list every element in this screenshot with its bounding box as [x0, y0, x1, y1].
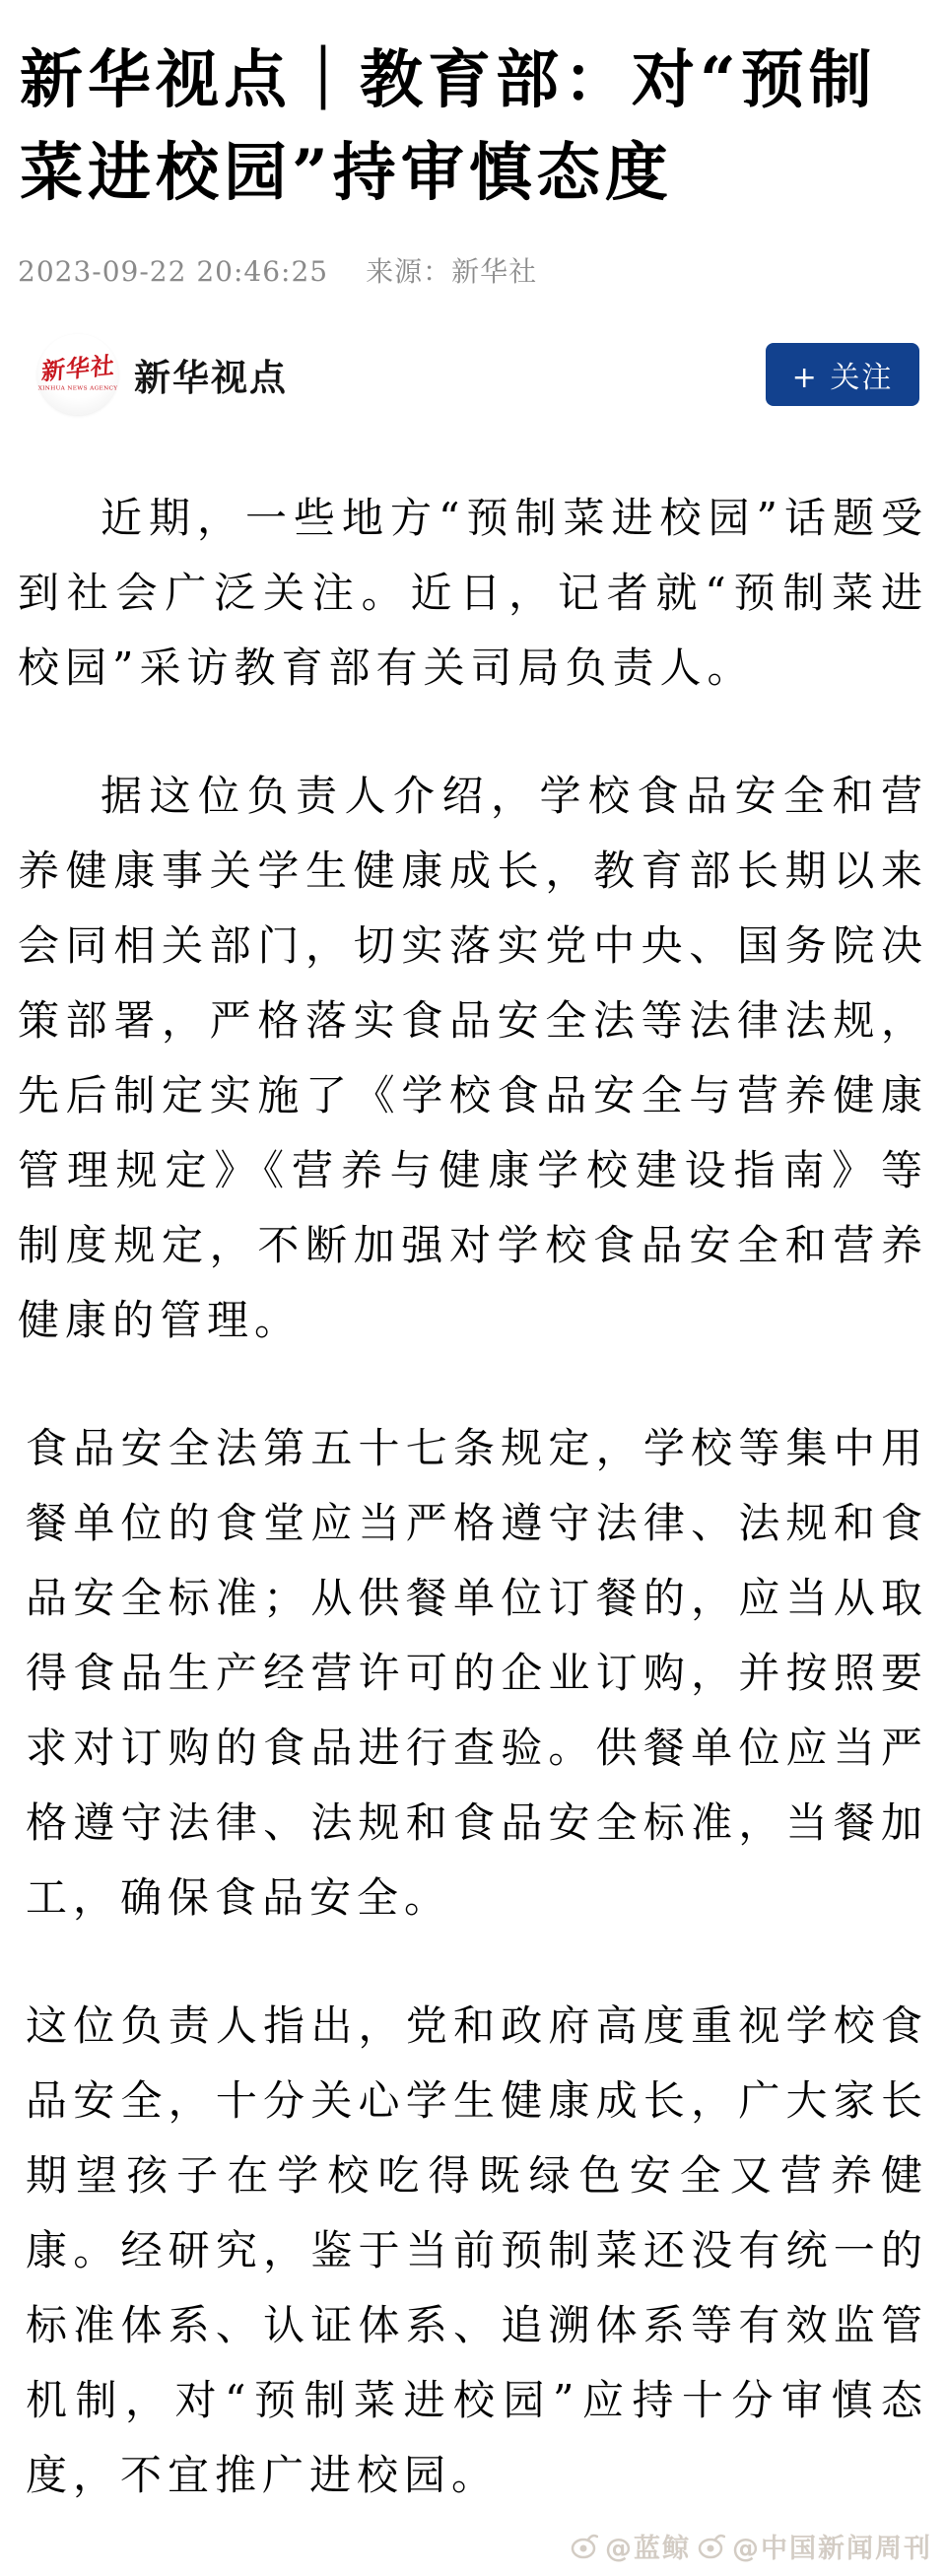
xinhua-logo-text: 新华社: [40, 354, 115, 384]
weibo-icon: [571, 2532, 598, 2559]
watermark: @蓝鲸 @中国新闻周刊: [571, 2523, 932, 2568]
article-body: 近期，一些地方“预制菜进校园”话题受到社会广泛关注。近日，记者就“预制菜进校园”…: [18, 481, 928, 2513]
paragraph: 近期，一些地方“预制菜进校园”话题受到社会广泛关注。近日，记者就“预制菜进校园”…: [18, 481, 928, 706]
paragraph: 据这位负责人介绍，学校食品安全和营养健康事关学生健康成长，教育部长期以来会同相关…: [18, 759, 928, 1358]
author-avatar[interactable]: 新华社 XINHUA NEWS AGENCY: [37, 334, 118, 415]
author-name[interactable]: 新华视点: [134, 348, 288, 401]
xinhua-logo-subtext: XINHUA NEWS AGENCY: [38, 384, 118, 390]
paragraph: 食品安全法第五十七条规定，学校等集中用餐单位的食堂应当严格遵守法律、法规和食品安…: [26, 1411, 928, 1935]
author-profile-row: 新华社 XINHUA NEWS AGENCY 新华视点 + 关注: [18, 334, 928, 415]
source-label: 来源：新华社: [366, 255, 537, 289]
follow-button[interactable]: + 关注: [766, 343, 919, 406]
watermark-account: @蓝鲸: [605, 2527, 691, 2565]
paragraph: 这位负责人指出，党和政府高度重视学校食品安全，十分关心学生健康成长，广大家长期望…: [26, 1989, 928, 2513]
publish-time: 2023-09-22 20:46:25: [18, 255, 328, 289]
weibo-icon: [698, 2532, 725, 2559]
article-meta: 2023-09-22 20:46:25 来源：新华社: [18, 255, 928, 289]
page-title: 新华视点｜教育部：对“预制菜进校园”持审慎态度: [20, 34, 926, 220]
article-page: 新华视点｜教育部：对“预制菜进校园”持审慎态度 2023-09-22 20:46…: [0, 34, 946, 2513]
watermark-account: @中国新闻周刊: [732, 2527, 932, 2565]
